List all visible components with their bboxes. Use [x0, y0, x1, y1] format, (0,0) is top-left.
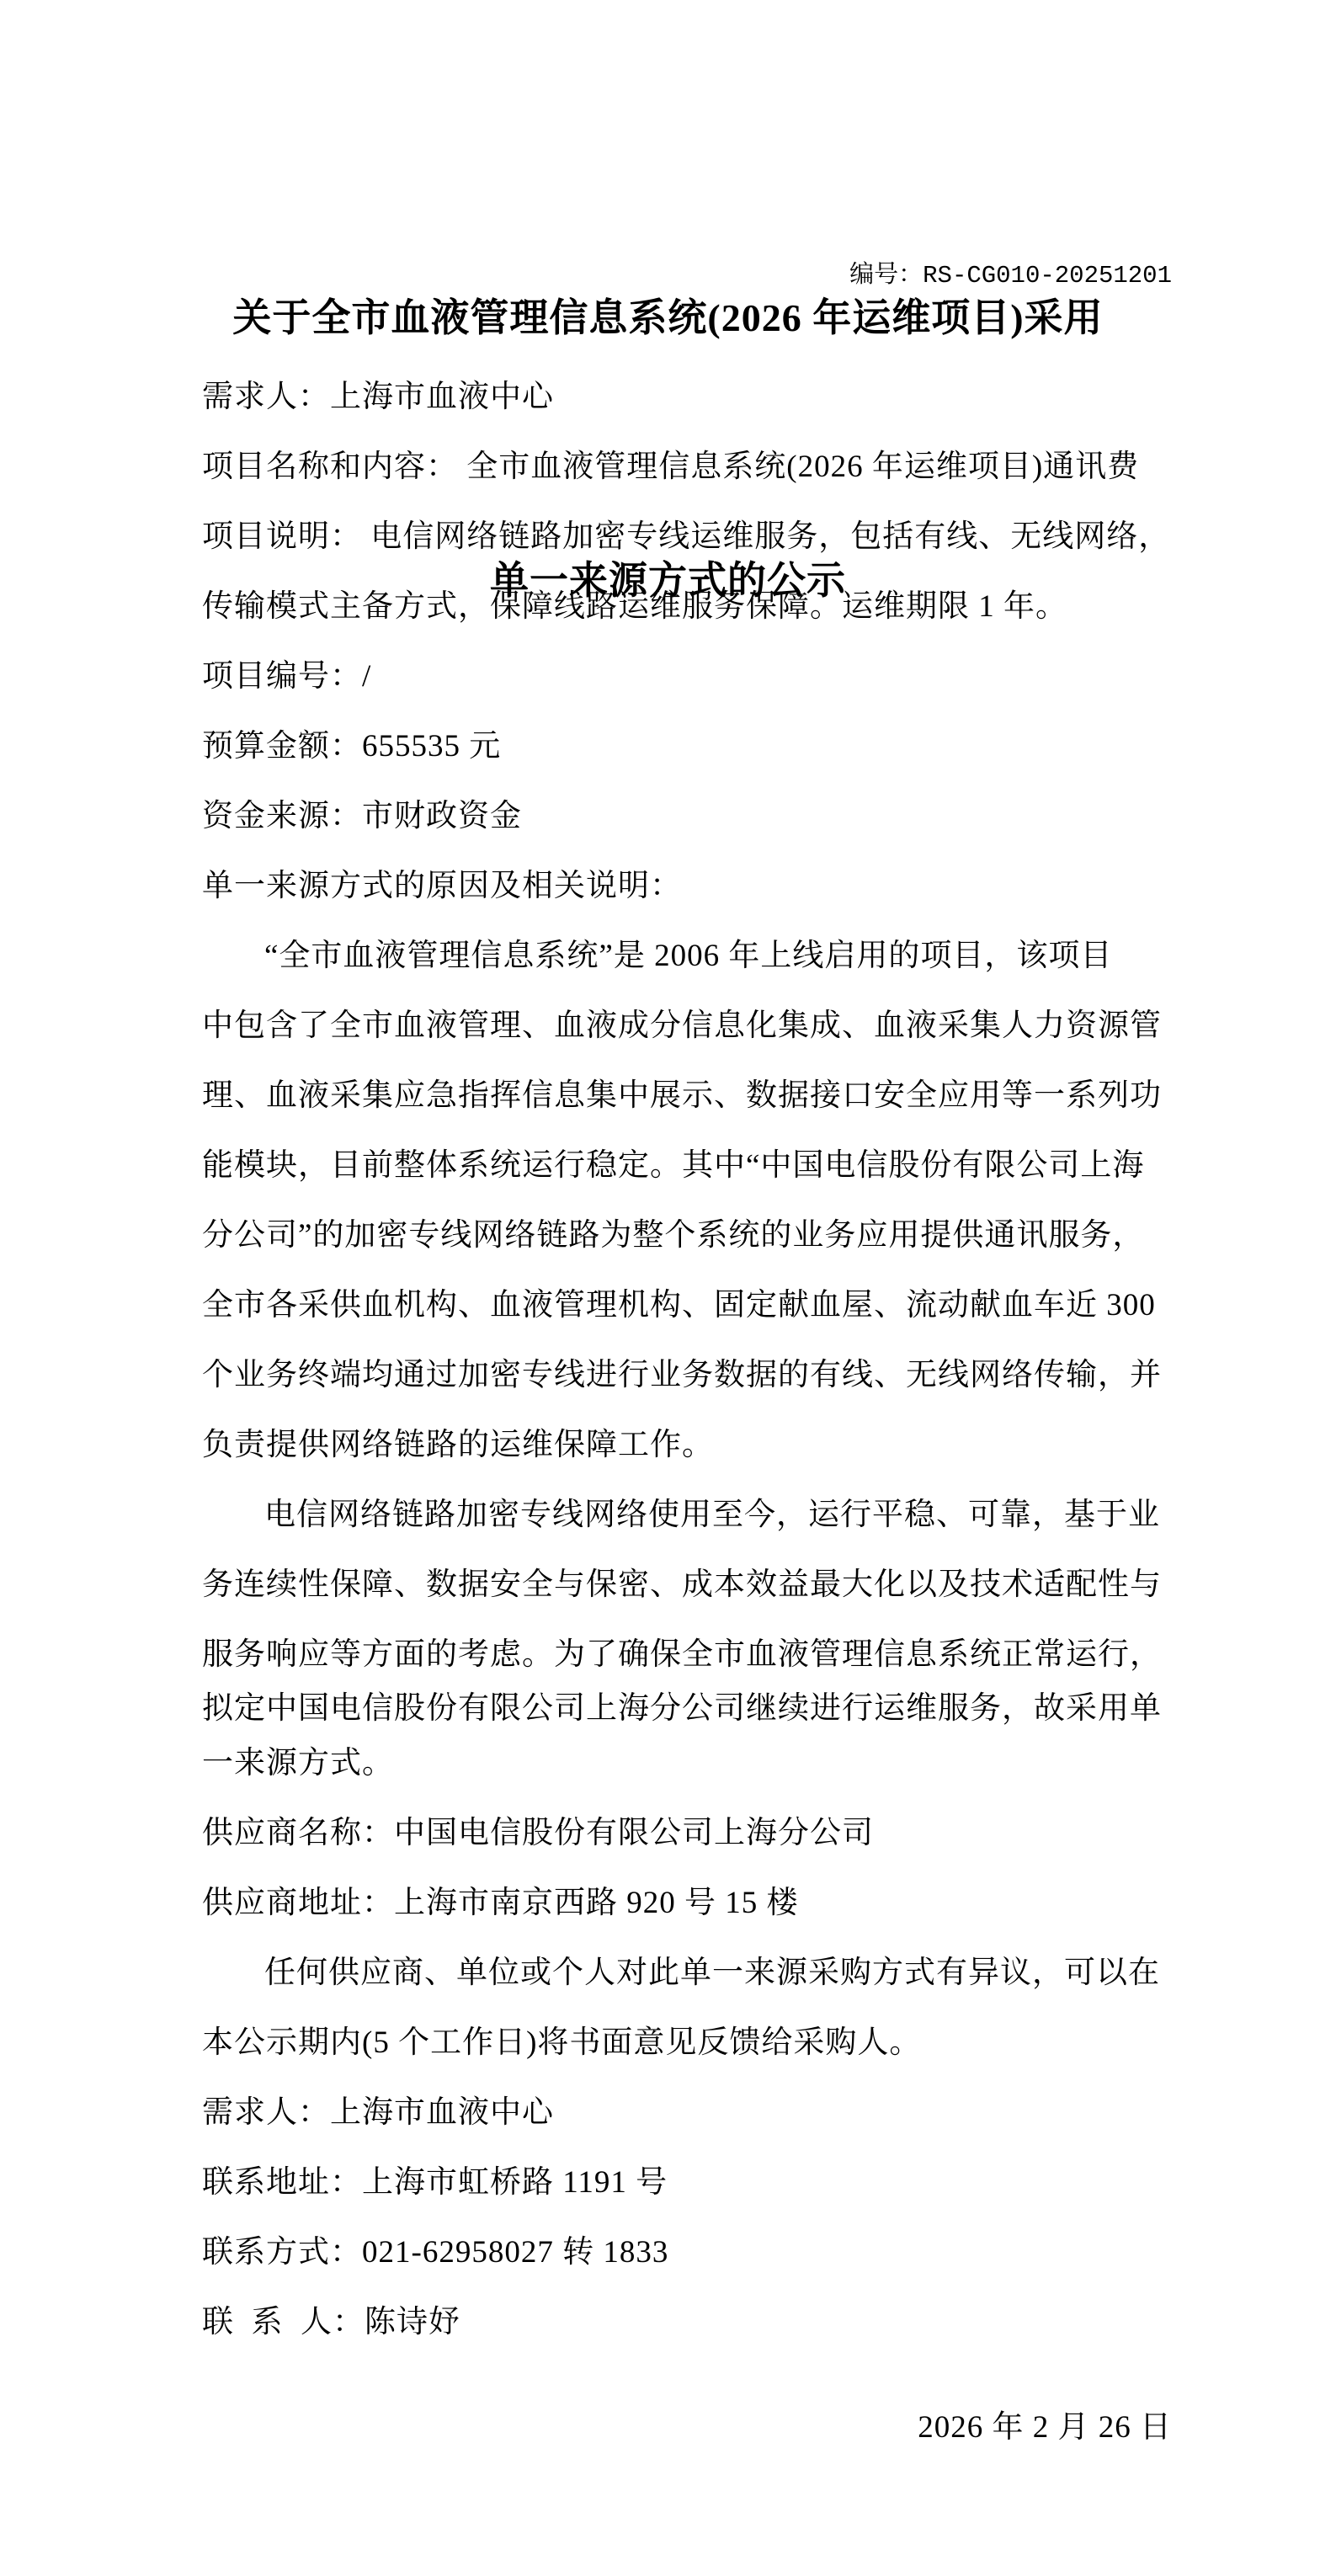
text-line: 供应商地址：上海市南京西路 920 号 15 楼	[202, 1868, 1172, 1938]
notice-document-page: 关于全市血液管理信息系统(2026 年运维项目)采用 单一来源方式的公示 编号：…	[0, 0, 1336, 2576]
text-line: 传输模式主备方式，保障线路运维服务保障。运维期限 1 年。	[202, 572, 1172, 641]
text-line: 电信网络链路加密专线网络使用至今，运行平稳、可靠，基于业	[202, 1480, 1172, 1550]
text-line: 本公示期内(5 个工作日)将书面意见反馈给采购人。	[202, 2008, 1172, 2078]
text-line: 需求人：上海市血液中心	[202, 2078, 1172, 2148]
text-line: 分公司”的加密专线网络链路为整个系统的业务应用提供通讯服务，	[202, 1200, 1172, 1270]
text-line: 项目名称和内容： 全市血液管理信息系统(2026 年运维项目)通讯费	[202, 432, 1172, 502]
text-line: 拟定中国电信股份有限公司上海分公司继续进行运维服务，故采用单	[202, 1690, 1172, 1728]
text-line: 联系地址：上海市虹桥路 1191 号	[202, 2148, 1172, 2217]
text-line: 个业务终端均通过加密专线进行业务数据的有线、无线网络传输，并	[202, 1340, 1172, 1410]
text-line: 理、血液采集应急指挥信息集中展示、数据接口安全应用等一系列功	[202, 1061, 1172, 1131]
text-line: 项目说明： 电信网络链路加密专线运维服务，包括有线、无线网络，	[202, 502, 1172, 572]
date-line: 2026 年 2 月 26 日	[202, 2392, 1172, 2462]
text-line: 项目编号：/	[202, 641, 1172, 711]
text-line: 一来源方式。	[202, 1728, 1172, 1798]
text-line: 联系方式：021-62958027 转 1833	[202, 2217, 1172, 2287]
text-line: 联 系 人：陈诗妤	[202, 2287, 1172, 2357]
doc-number: 编号：RS-CG010-20251201	[202, 255, 1172, 290]
text-line: 全市各采供血机构、血液管理机构、固定献血屋、流动献血车近 300	[202, 1270, 1172, 1340]
text-line: 预算金额：655535 元	[202, 711, 1172, 781]
text-line: “全市血液管理信息系统”是 2006 年上线启用的项目，该项目	[202, 921, 1172, 991]
text-line: 任何供应商、单位或个人对此单一来源采购方式有异议，可以在	[202, 1938, 1172, 2008]
text-line: 中包含了全市血液管理、血液成分信息化集成、血液采集人力资源管	[202, 991, 1172, 1061]
text-line: 供应商名称：中国电信股份有限公司上海分公司	[202, 1798, 1172, 1868]
text-line: 资金来源：市财政资金	[202, 781, 1172, 851]
text-line: 负责提供网络链路的运维保障工作。	[202, 1410, 1172, 1480]
text-line: 单一来源方式的原因及相关说明：	[202, 851, 1172, 921]
text-line: 服务响应等方面的考虑。为了确保全市血液管理信息系统正常运行，	[202, 1620, 1172, 1690]
text-line: 需求人：上海市血液中心	[202, 362, 1172, 432]
text-line: 务连续性保障、数据安全与保密、成本效益最大化以及技术适配性与	[202, 1550, 1172, 1620]
document-body: 需求人：上海市血液中心项目名称和内容： 全市血液管理信息系统(2026 年运维项…	[202, 362, 1172, 2462]
text-line: 能模块，目前整体系统运行稳定。其中“中国电信股份有限公司上海	[202, 1131, 1172, 1200]
